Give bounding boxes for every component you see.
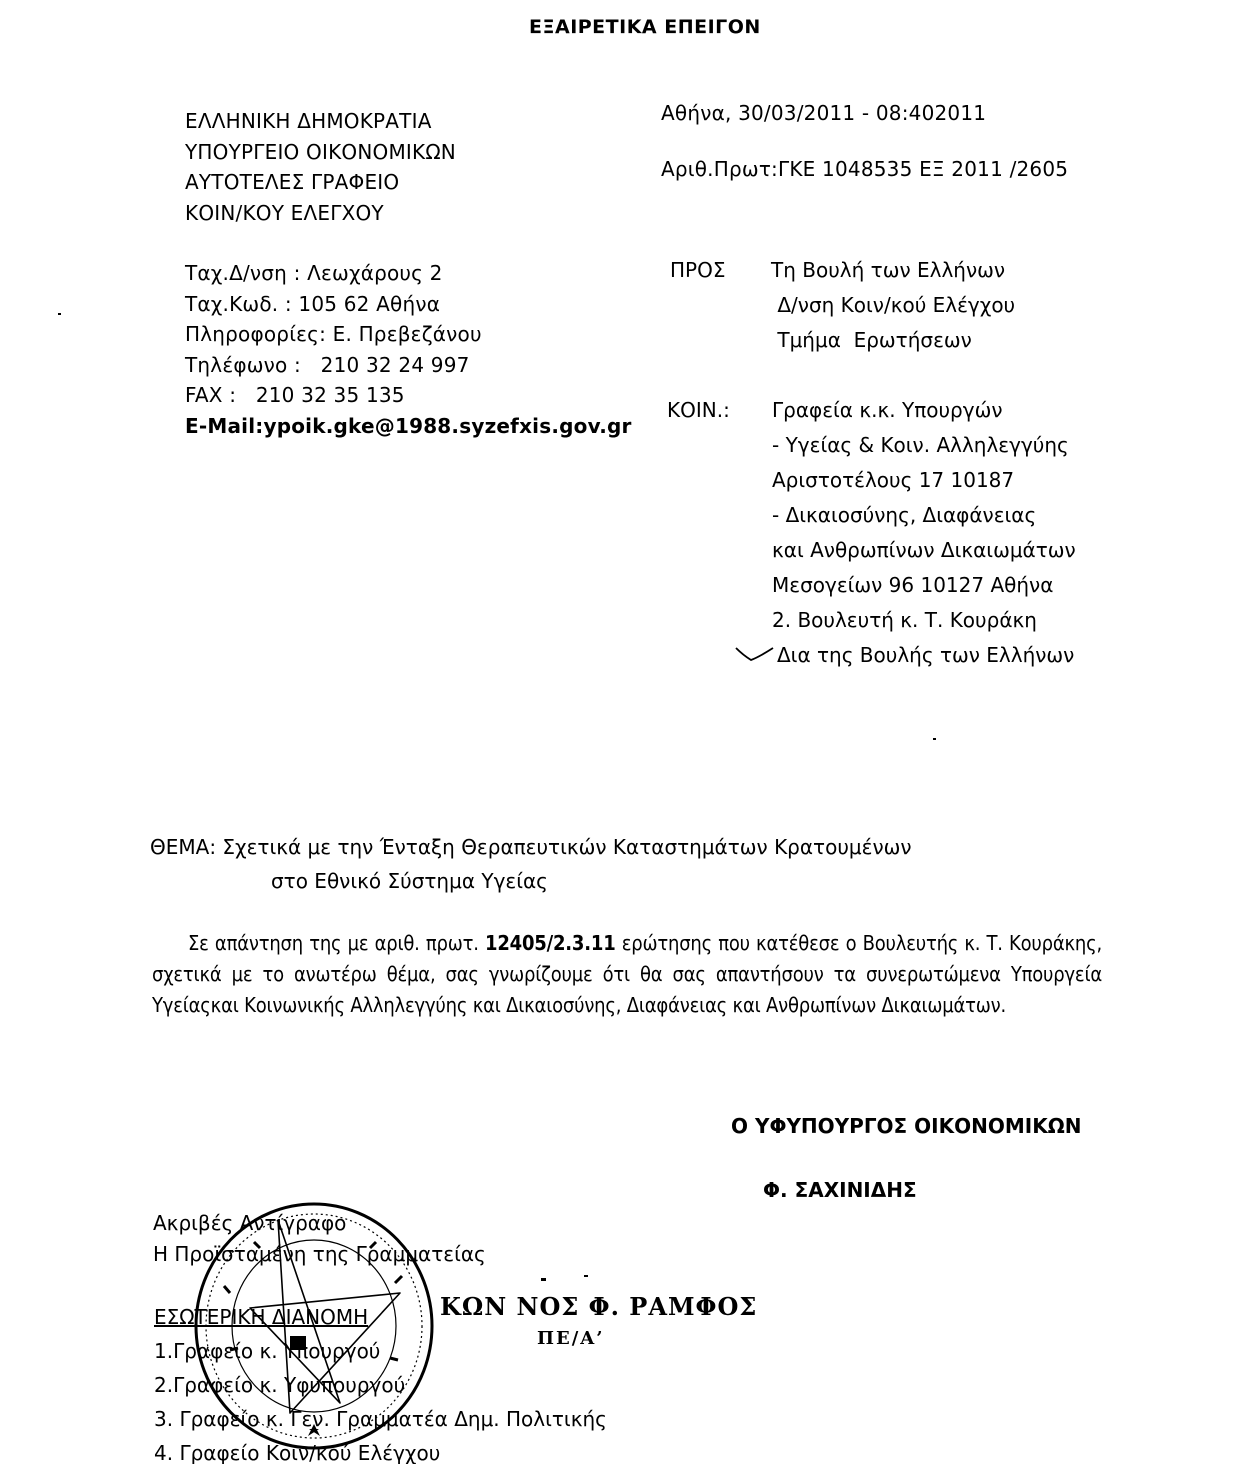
sender-line: ΕΛΛΗΝΙΚΗ ΔΗΜΟΚΡΑΤΙΑ [185, 106, 456, 137]
scan-speck [584, 1275, 588, 1277]
info-contact: Πληροφορίες: Ε. Πρεβεζάνου [185, 319, 632, 350]
phone-number: Τηλέφωνο : 210 32 24 997 [185, 350, 632, 381]
subject-block: ΘΕΜΑ: Σχετικά με την Ένταξη Θεραπευτικών… [150, 830, 912, 898]
cc-line: Γραφεία κ.κ. Υπουργών [772, 393, 1076, 428]
postal-address: Ταχ.Δ/νση : Λεωχάρους 2 [185, 258, 632, 289]
contact-block: Ταχ.Δ/νση : Λεωχάρους 2 Ταχ.Κωδ. : 105 6… [185, 258, 632, 441]
body-text-start: Σε απάντηση της με αριθ. πρωτ. [188, 931, 485, 955]
sender-line: ΥΠΟΥΡΓΕΙΟ ΟΙΚΟΝΟΜΙΚΩΝ [185, 137, 456, 168]
to-line: Τη Βουλή των Ελλήνων [771, 253, 1015, 288]
urgency-heading: ΕΞΑΙΡΕΤΙΚΑ ΕΠΕΙΓΟΝ [529, 16, 761, 38]
fax-number: FAX : 210 32 35 135 [185, 380, 632, 411]
email-address: E-Mail:ypoik.gke@1988.syzefxis.gov.gr [185, 411, 632, 442]
subject-line: στο Εθνικό Σύστημα Υγείας [150, 864, 912, 898]
stamp-official-name: ΚΩΝ ΝΟΣ Φ. ΡΑΜΦΟΣ [440, 1292, 757, 1321]
scan-speck [58, 313, 61, 315]
subject-line: ΘΕΜΑ: Σχετικά με την Ένταξη Θεραπευτικών… [150, 830, 912, 864]
official-seal-icon [190, 1198, 438, 1454]
cc-line: Μεσογείων 96 10127 Αθήνα [772, 568, 1076, 603]
sender-line: ΑΥΤΟΤΕΛΕΣ ΓΡΑΦΕΙΟ [185, 167, 456, 198]
to-line: Δ/νση Κοιν/κού Ελέγχου [771, 288, 1015, 323]
scan-speck [933, 738, 936, 740]
date-protocol-block: Αθήνα, 30/03/2011 - 08:402011 Αριθ.Πρωτ:… [661, 101, 1068, 213]
handwritten-checkmark-icon [735, 645, 775, 665]
cc-line: 2. Βουλευτή κ. Τ. Κουράκη [772, 603, 1076, 638]
cc-line: Αριστοτέλους 17 10187 [772, 463, 1076, 498]
body-paragraph: Σε απάντηση της με αριθ. πρωτ. 12405/2.3… [152, 928, 1102, 1021]
cc-line: - Υγείας & Κοιν. Αλληλεγγύης [772, 428, 1076, 463]
question-reference: 12405/2.3.11 [485, 931, 616, 955]
cc-line: Δια της Βουλής των Ελλήνων [772, 638, 1076, 673]
signatory-title: Ο ΥΦΥΠΟΥΡΓΟΣ ΟΙΚΟΝΟΜΙΚΩΝ [731, 1114, 1081, 1138]
cc-label: ΚΟΙΝ.: [667, 398, 730, 422]
document-date: Αθήνα, 30/03/2011 - 08:402011 [661, 101, 1068, 157]
postal-code: Ταχ.Κωδ. : 105 62 Αθήνα [185, 289, 632, 320]
protocol-number: Αριθ.Πρωτ:ΓΚΕ 1048535 ΕΞ 2011 /2605 [661, 157, 1068, 213]
sender-block: ΕΛΛΗΝΙΚΗ ΔΗΜΟΚΡΑΤΙΑ ΥΠΟΥΡΓΕΙΟ ΟΙΚΟΝΟΜΙΚΩ… [185, 106, 456, 228]
cc-line: - Δικαιοσύνης, Διαφάνειας [772, 498, 1076, 533]
sender-line: ΚΟΙΝ/ΚΟΥ ΕΛΕΓΧΟΥ [185, 198, 456, 229]
scan-speck [541, 1278, 546, 1281]
to-recipient-block: Τη Βουλή των Ελλήνων Δ/νση Κοιν/κού Ελέγ… [771, 253, 1015, 358]
stamp-official-rank: ΠΕ/Α’ [537, 1328, 605, 1349]
to-label: ΠΡΟΣ [670, 258, 725, 282]
to-line: Τμήμα Ερωτήσεων [771, 323, 1015, 358]
cc-recipient-block: Γραφεία κ.κ. Υπουργών - Υγείας & Κοιν. Α… [772, 393, 1076, 673]
signatory-name: Φ. ΣΑΧΙΝΙΔΗΣ [763, 1178, 917, 1202]
cc-line: και Ανθρωπίνων Δικαιωμάτων [772, 533, 1076, 568]
